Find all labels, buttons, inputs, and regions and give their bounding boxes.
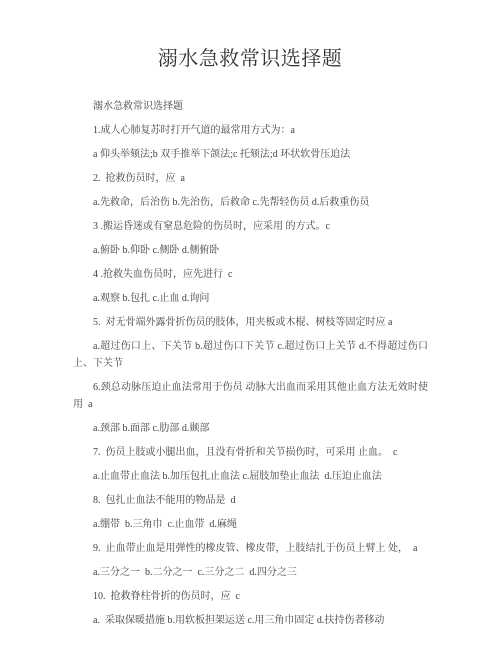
question-5-options: a.超过伤口上、下关节 b.超过伤口下关节 c.超过伤口上关节 d.不得超过伤口… (73, 338, 428, 372)
question-1: 1.成人心肺复苏时打开气道的最常用方式为：a (73, 122, 428, 139)
question-9-options: a.三分之一 b.二分之一 c.三分之二 d.四分之三 (73, 564, 428, 581)
document-subtitle: 溺水急救常识选择题 (73, 98, 428, 115)
question-3-options: a.俯卧 b.仰卧 c.侧卧 d.侧俯卧 (73, 242, 428, 259)
question-6-options: a.颈部 b.面部 c.肋部 d.颞部 (73, 420, 428, 437)
question-4: 4 .抢救失血伤员时，应先进行 c (73, 266, 428, 283)
question-7: 7. 伤员上肢或小腿出血，且没有骨折和关节损伤时，可采用 止血。 c (73, 444, 428, 461)
question-4-options: a.观察 b.包扎 c.止血 d.询问 (73, 290, 428, 307)
document-body: 溺水急救常识选择题 1.成人心肺复苏时打开气道的最常用方式为：a a 仰头举颏法… (0, 98, 500, 629)
question-2: 2. 抢救伤员时，应 a (73, 170, 428, 187)
question-9: 9. 止血带止血是用弹性的橡皮管、橡皮带，上肢结扎于伤员上臂上 处， a (73, 540, 428, 557)
question-6: 6.颈总动脉压迫止血法常用于伤员 动脉大出血而采用其他止血方法无效时使用 a (73, 379, 428, 413)
document-title: 溺水急救常识选择题 (0, 46, 500, 72)
question-8-options: a.绷带 b.三角巾 c.止血带 d.麻绳 (73, 516, 428, 533)
document-page: 溺水急救常识选择题 溺水急救常识选择题 1.成人心肺复苏时打开气道的最常用方式为… (0, 0, 500, 647)
question-1-options: a 仰头举颏法;b 双手推举下颌法;c 托颏法;d 环状软骨压迫法 (73, 146, 428, 163)
question-10: 10. 抢救脊柱骨折的伤员时，应 c (73, 588, 428, 605)
question-3: 3 .搬运昏迷或有窒息危险的伤员时，应采用 的方式。c (73, 218, 428, 235)
question-2-options: a.先救命，后治伤 b.先治伤，后救命 c.先帮轻伤员 d.后救重伤员 (73, 194, 428, 211)
question-7-options: a.止血带止血法 b.加压包扎止血法 c.屈肢加垫止血法 d.压迫止血法 (73, 468, 428, 485)
question-5: 5. 对无骨端外露骨折伤员的肢体，用夹板或木棍、树枝等固定时应 a (73, 314, 428, 331)
question-8: 8. 包扎止血法不能用的物品是 d (73, 492, 428, 509)
question-10-options: a. 采取保暖措施 b.用软板担架运送 c.用三角巾固定 d.扶持伤者移动 (73, 612, 428, 629)
